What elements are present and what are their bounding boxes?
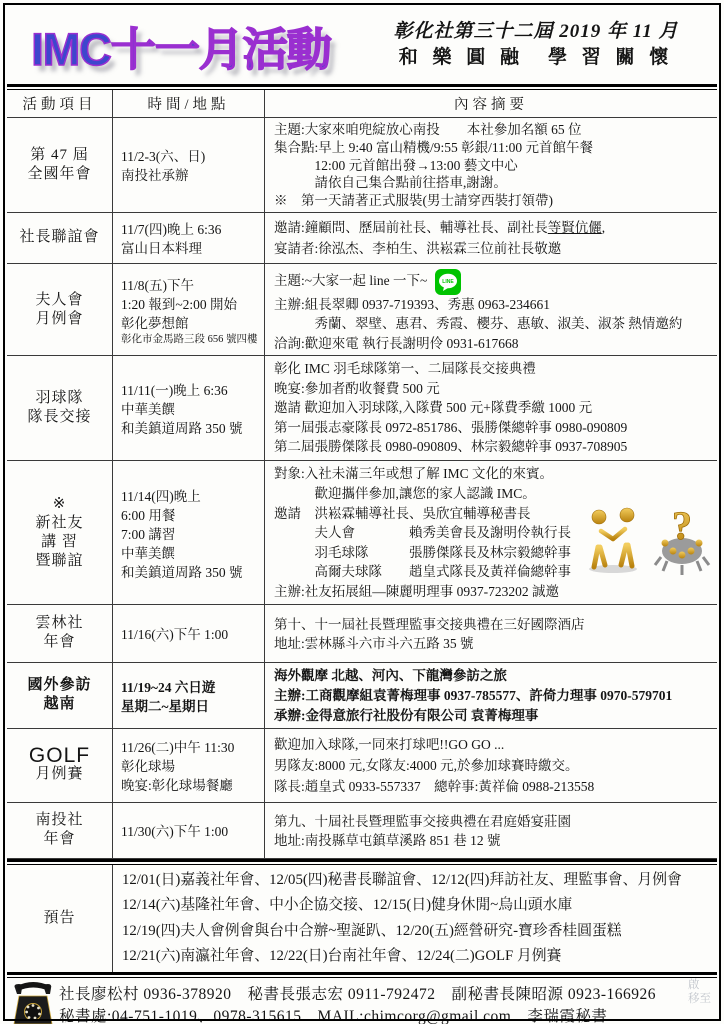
footer-line-2: 秘書處:04-751-1019、0978-315615 MAIL:chimcor… xyxy=(59,1006,717,1024)
activity-cell: GOLF月例賽 xyxy=(7,729,113,802)
content-cell: 12/01(日)嘉義社年會、12/05(四)秘書長聯誼會、12/12(四)拜訪社… xyxy=(113,865,717,972)
activity-cell: 第 47 屆全國年會 xyxy=(7,118,113,212)
svg-text:LINE: LINE xyxy=(443,279,455,285)
line-app-icon: LINE xyxy=(435,269,461,295)
document-header: IMC十一月活動 彰化社第三十二屆 2019 年 11 月 和 樂 圓 融 學 … xyxy=(7,6,717,84)
content-lines: 主辦:組長翠卿 0937-719393、秀惠 0963-234661 秀蘭、翠壁… xyxy=(274,295,713,354)
handshake-figures-icon xyxy=(585,505,641,575)
activity-cell: 羽球隊隊長交接 xyxy=(7,356,113,460)
table-row-yunlin: 雲林社年會 11/16(六)下午 1:00 第十、十一屆社長暨理監事交接典禮在三… xyxy=(7,605,717,663)
table-row-preview: 預告 12/01(日)嘉義社年會、12/05(四)秘書長聯誼會、12/12(四)… xyxy=(7,865,717,972)
content-cell: 第十、十一屆社長暨理監事交接典禮在三好國際酒店地址:雲林縣斗六市斗六五路 35 … xyxy=(265,605,717,662)
table-row-badminton: 羽球隊隊長交接 11/11(一)晚上 6:36中華美饌和美鎮道周路 350 號 … xyxy=(7,356,717,461)
subtitle-line-1: 彰化社第三十二屆 2019 年 11 月 xyxy=(355,19,717,45)
content-cell: 歡迎加入球隊,一同來打球吧!!GO GO ...男隊友:8000 元,女隊友:4… xyxy=(265,729,717,802)
table-header-row: 活動項目 時間/地點 內容摘要 xyxy=(7,90,717,118)
time-cell: 11/19~24 六日遊星期二~星期日 xyxy=(113,663,265,728)
time-cell: 11/16(六)下午 1:00 xyxy=(113,605,265,662)
document-page: IMC十一月活動 彰化社第三十二屆 2019 年 11 月 和 樂 圓 融 學 … xyxy=(0,0,724,1024)
content-cell: 主題:大家來咱兜綻放心南投 本社參加名額 65 位集合點:早上 9:40 富山精… xyxy=(265,118,717,212)
table-row-annual47: 第 47 屆全國年會 11/2-3(六、日)南投社承辦 主題:大家來咱兜綻放心南… xyxy=(7,118,717,213)
column-header-time-place: 時間/地點 xyxy=(113,90,265,117)
question-mark-group-icon: ? xyxy=(651,505,713,577)
page-subtitle: 彰化社第三十二屆 2019 年 11 月 和 樂 圓 融 學 習 關 懷 xyxy=(355,19,717,71)
page-title: IMC十一月活動 xyxy=(7,13,355,78)
column-header-activity: 活動項目 xyxy=(7,90,113,117)
time-cell: 11/11(一)晚上 6:36中華美饌和美鎮道周路 350 號 xyxy=(113,356,265,460)
underlined-text: 等賢伉儷 xyxy=(548,220,602,235)
invite-line: 邀請:鐘顧問、歷屆前社長、輔導社長、副社長等賢伉儷, xyxy=(274,217,713,238)
content-cell: 海外觀摩 北越、河內、下龍灣參訪之旅主辦:工商觀摩組袁菁梅理事 0937-785… xyxy=(265,663,717,728)
time-cell: 11/14(四)晚上6:00 用餐7:00 講習中華美饌和美鎮道周路 350 號 xyxy=(113,461,265,603)
content-cell: 第九、十屆社長暨理監事交接典禮在君庭婚宴莊園地址:南投縣草屯鎮草溪路 851 巷… xyxy=(265,803,717,858)
topic-line: 主題:~大家一起 line 一下~ LINE xyxy=(274,267,713,295)
activity-cell: ※新社友講 習暨聯誼 xyxy=(7,461,113,603)
table-row-golf: GOLF月例賽 11/26(二)中午 11:30彰化球場晚宴:彰化球場餐廳 歡迎… xyxy=(7,729,717,803)
content-cell: 對象:入社未滿三年或想了解 IMC 文化的來賓。 歡迎攜伴參加,讓您的家人認識 … xyxy=(265,461,717,603)
footer-line-1: 社長廖松村 0936-378920 秘書長張志宏 0911-792472 副秘書… xyxy=(59,984,717,1007)
content-cell: 邀請:鐘顧問、歷屆前社長、輔導社長、副社長等賢伉儷, 宴請者:徐泓杰、李柏生、洪… xyxy=(265,213,717,263)
subtitle-line-2: 和 樂 圓 融 學 習 關 懷 xyxy=(355,45,717,71)
activity-cell: 預告 xyxy=(7,865,113,972)
host-line: 宴請者:徐泓杰、李柏生、洪崧霖三位前社長敬邀 xyxy=(274,238,713,259)
time-cell: 11/7(四)晚上 6:36富山日本料理 xyxy=(113,213,265,263)
table-row-nantou: 南投社年會 11/30(六)下午 1:00 第九、十屆社長暨理監事交接典禮在君庭… xyxy=(7,803,717,859)
activity-cell: 國外參訪越南 xyxy=(7,663,113,728)
table-row-new-members: ※新社友講 習暨聯誼 11/14(四)晚上6:00 用餐7:00 講習中華美饌和… xyxy=(7,461,717,604)
document-footer: 社長廖松村 0936-378920 秘書長張志宏 0911-792472 副秘書… xyxy=(7,978,717,1024)
time-cell: 11/8(五)下午1:20 報到~2:00 開始彰化夢想館彰化市金馬路三段 65… xyxy=(113,264,265,356)
activity-cell: 夫人會月例會 xyxy=(7,264,113,356)
rotary-phone-icon xyxy=(11,982,55,1024)
time-cell: 11/26(二)中午 11:30彰化球場晚宴:彰化球場餐廳 xyxy=(113,729,265,802)
cropped-watermark: 啟 移至 xyxy=(688,978,724,1006)
table-row-wives-monthly: 夫人會月例會 11/8(五)下午1:20 報到~2:00 開始彰化夢想館彰化市金… xyxy=(7,264,717,357)
content-cell: 彰化 IMC 羽毛球隊第一、二屆隊長交接典禮晚宴:參加者酌收餐費 500 元邀請… xyxy=(265,356,717,460)
content-cell: 主題:~大家一起 line 一下~ LINE 主辦:組長翠卿 0937-7193… xyxy=(265,264,717,356)
table-row-vietnam: 國外參訪越南 11/19~24 六日遊星期二~星期日 海外觀摩 北越、河內、下龍… xyxy=(7,663,717,729)
activity-cell: 雲林社年會 xyxy=(7,605,113,662)
activity-cell: 南投社年會 xyxy=(7,803,113,858)
column-header-summary: 內容摘要 xyxy=(265,90,717,117)
clipart-group: ? xyxy=(585,505,713,577)
time-cell: 11/2-3(六、日)南投社承辦 xyxy=(113,118,265,212)
svg-text:?: ? xyxy=(672,505,692,548)
activity-cell: 社長聯誼會 xyxy=(7,213,113,263)
table-row-president-meetup: 社長聯誼會 11/7(四)晚上 6:36富山日本料理 邀請:鐘顧問、歷屆前社長、… xyxy=(7,213,717,264)
time-cell: 11/30(六)下午 1:00 xyxy=(113,803,265,858)
